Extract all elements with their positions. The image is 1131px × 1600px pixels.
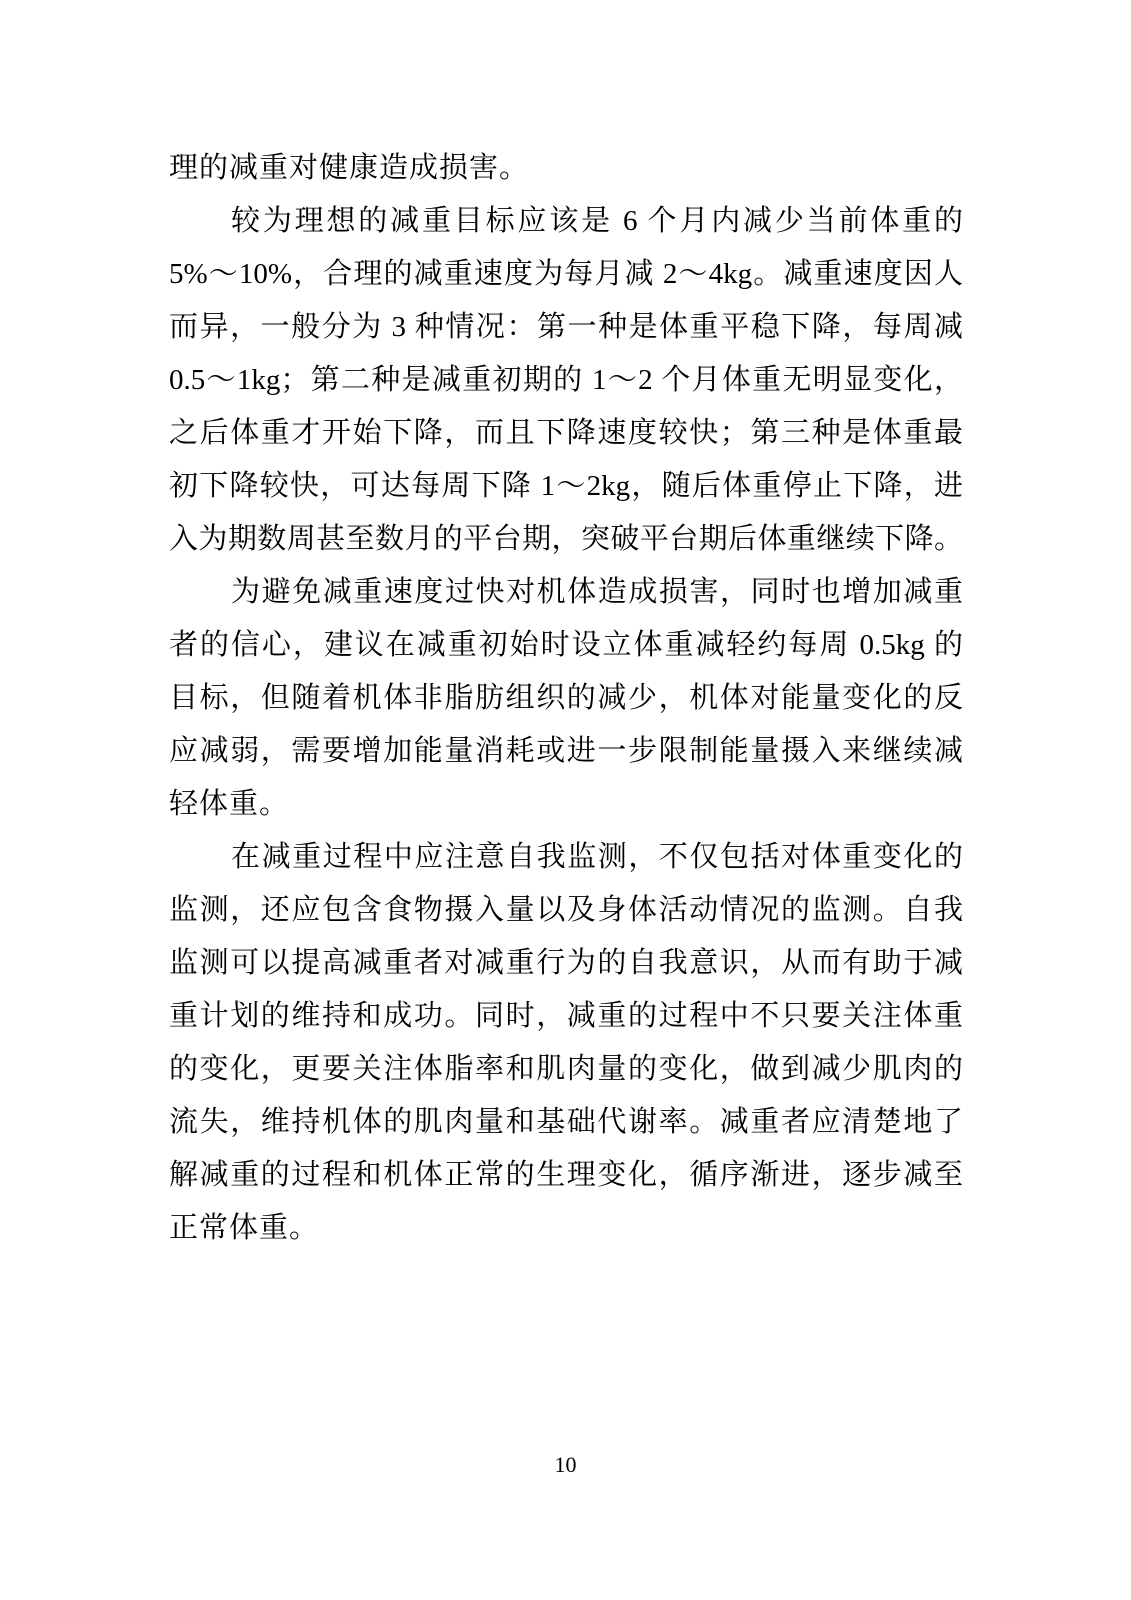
text-line: 的变化，更要关注体脂率和肌肉量的变化，做到减少肌肉的 — [169, 1043, 963, 1096]
document-page: 理的减重对健康造成损害。较为理想的减重目标应该是 6 个月内减少当前体重的5%～… — [0, 0, 1131, 1600]
text-line: 重计划的维持和成功。同时，减重的过程中不只要关注体重 — [169, 990, 963, 1043]
text-line: 监测，还应包含食物摄入量以及身体活动情况的监测。自我 — [169, 884, 963, 937]
text-line: 解减重的过程和机体正常的生理变化，循序渐进，逐步减至 — [169, 1149, 963, 1202]
text-line: 之后体重才开始下降，而且下降速度较快；第三种是体重最 — [169, 407, 963, 460]
text-line: 监测可以提高减重者对减重行为的自我意识，从而有助于减 — [169, 937, 963, 990]
text-line: 入为期数周甚至数月的平台期，突破平台期后体重继续下降。 — [169, 513, 963, 566]
text-line: 0.5～1kg；第二种是减重初期的 1～2 个月体重无明显变化， — [169, 354, 963, 407]
text-line: 目标，但随着机体非脂肪组织的减少，机体对能量变化的反 — [169, 672, 963, 725]
text-line: 5%～10%，合理的减重速度为每月减 2～4kg。减重速度因人 — [169, 248, 963, 301]
text-line: 者的信心，建议在减重初始时设立体重减轻约每周 0.5kg 的 — [169, 619, 963, 672]
text-line: 为避免减重速度过快对机体造成损害，同时也增加减重 — [169, 566, 963, 619]
body-text: 理的减重对健康造成损害。较为理想的减重目标应该是 6 个月内减少当前体重的5%～… — [169, 142, 963, 1255]
text-line: 较为理想的减重目标应该是 6 个月内减少当前体重的 — [169, 195, 963, 248]
text-line: 流失，维持机体的肌肉量和基础代谢率。减重者应清楚地了 — [169, 1096, 963, 1149]
text-line: 在减重过程中应注意自我监测，不仅包括对体重变化的 — [169, 831, 963, 884]
page-number: 10 — [0, 1450, 1131, 1480]
text-line: 正常体重。 — [169, 1202, 963, 1255]
text-line: 轻体重。 — [169, 778, 963, 831]
text-line: 初下降较快，可达每周下降 1～2kg，随后体重停止下降，进 — [169, 460, 963, 513]
text-line: 应减弱，需要增加能量消耗或进一步限制能量摄入来继续减 — [169, 725, 963, 778]
text-line: 理的减重对健康造成损害。 — [169, 142, 963, 195]
text-line: 而异，一般分为 3 种情况：第一种是体重平稳下降，每周减 — [169, 301, 963, 354]
